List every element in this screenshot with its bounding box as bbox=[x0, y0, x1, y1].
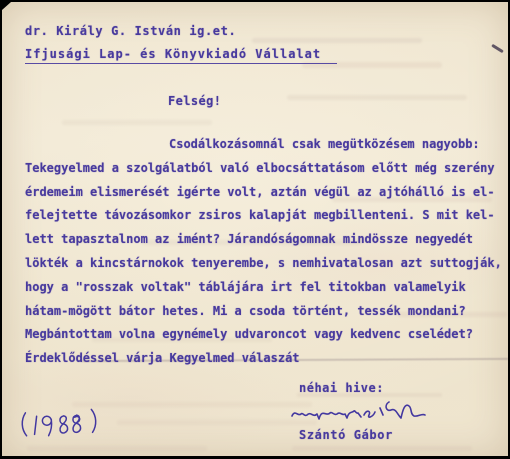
body-line: Csodálkozásomnál csak megütközésem nagyo… bbox=[25, 133, 507, 157]
body-line: Érdeklődéssel várja Kegyelmed válaszát bbox=[25, 347, 507, 371]
scanned-letter: dr. Király G. István ig.et. Ifjusági Lap… bbox=[0, 0, 510, 459]
paper-stain bbox=[72, 402, 312, 407]
scan-corner bbox=[2, 2, 11, 10]
body-line: Megbántottam volna egynémely udvaroncot … bbox=[25, 323, 507, 347]
body-line: hogy a "rosszak voltak" táblájára irt fe… bbox=[25, 276, 507, 300]
body-line: felejtette távozásomkor zsiros kalapját … bbox=[25, 204, 507, 228]
body-line: lett tapasztalnom az imént? Járandóságom… bbox=[25, 228, 507, 252]
salutation: Felség! bbox=[168, 94, 221, 108]
paper-stain bbox=[287, 95, 467, 100]
letter-paper: dr. Király G. István ig.et. Ifjusági Lap… bbox=[2, 2, 508, 456]
body-line: Tekegyelmed a szolgálatból való elbocsát… bbox=[25, 157, 507, 181]
closing-label: néhai hive: bbox=[299, 381, 384, 395]
letter-author-line: dr. Király G. István ig.et. bbox=[25, 20, 337, 43]
handwritten-year bbox=[15, 406, 106, 441]
paper-stain bbox=[292, 446, 472, 451]
pen-mark bbox=[491, 44, 504, 53]
paper-stain bbox=[27, 446, 207, 451]
signature-scribble bbox=[288, 394, 433, 426]
body-line: hátam-mögött bátor hetes. Mi a csoda tör… bbox=[25, 300, 507, 324]
body-line: érdemeim elismerését igérte volt, aztán … bbox=[25, 181, 507, 205]
signature-name: Szántó Gábor bbox=[299, 428, 393, 442]
paper-stain bbox=[117, 420, 317, 425]
letter-organization-row: Ifjusági Lap- és Könyvkiadó Vállalat bbox=[25, 43, 337, 66]
letter-organization-line: Ifjusági Lap- és Könyvkiadó Vállalat bbox=[25, 47, 337, 64]
letter-header: dr. Király G. István ig.et. Ifjusági Lap… bbox=[25, 20, 337, 66]
body-line: lökték a kincstárnokok tenyerembe, s nem… bbox=[25, 252, 507, 276]
letter-body: Csodálkozásomnál csak megütközésem nagyo… bbox=[25, 133, 507, 371]
paper-stain bbox=[62, 120, 212, 125]
